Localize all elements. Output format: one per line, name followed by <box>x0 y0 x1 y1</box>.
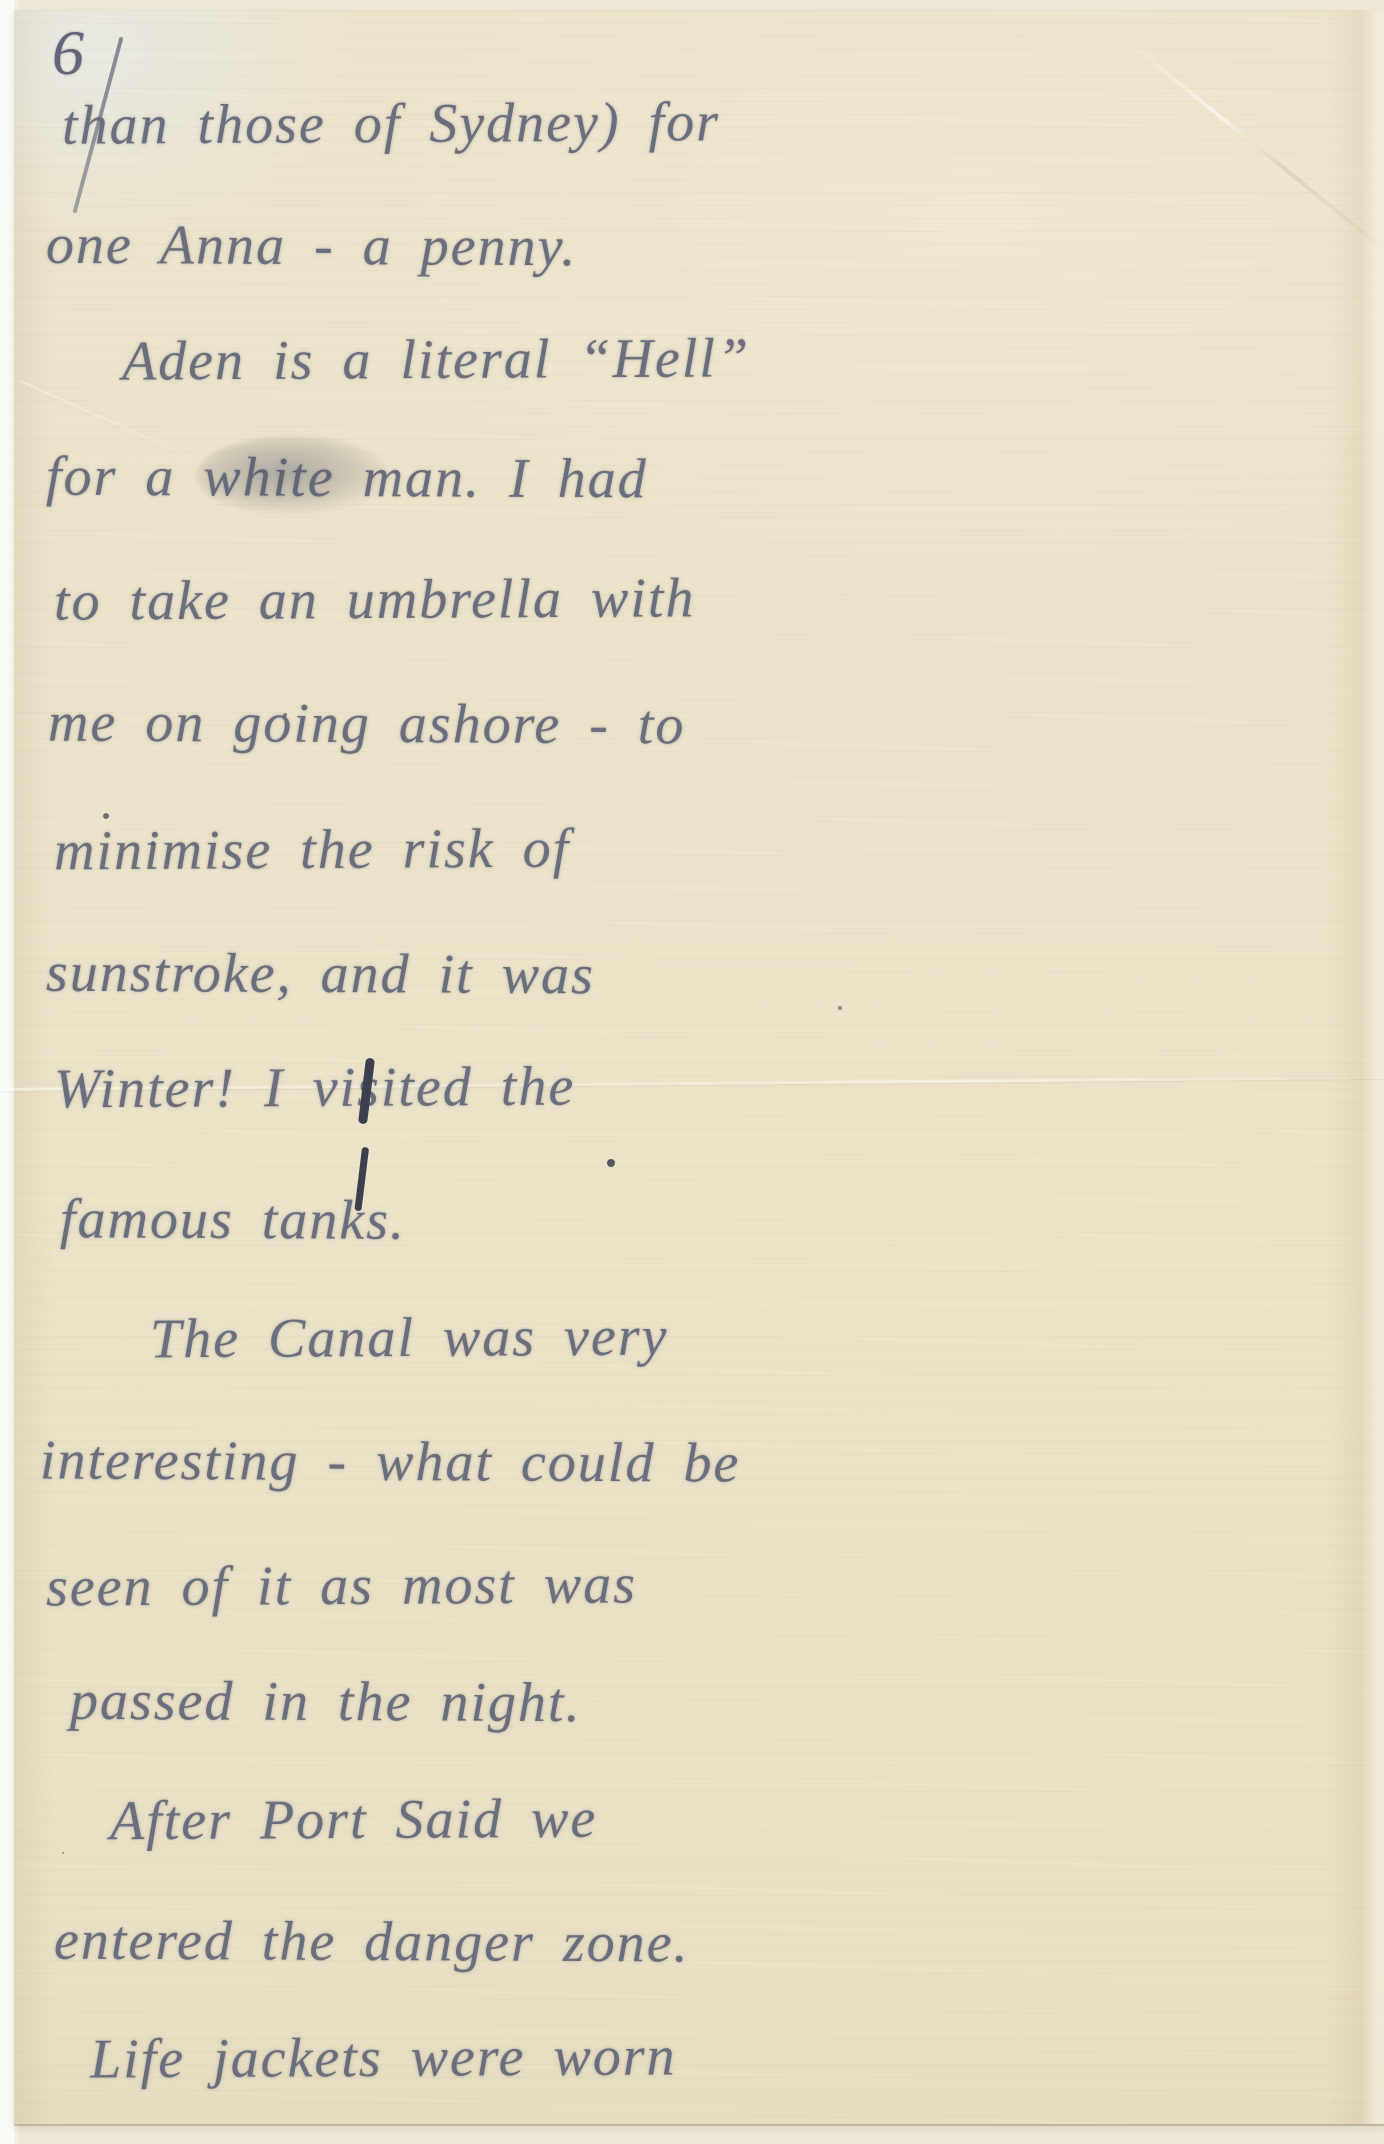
handwritten-line-11: The Canal was very <box>150 1309 669 1368</box>
handwritten-line-14: passed in the night. <box>70 1673 582 1731</box>
handwritten-line-6: me on going ashore - to <box>48 695 686 754</box>
handwritten-line-9: Winter! I visited the <box>54 1059 576 1118</box>
handwritten-line-10: famous tanks. <box>60 1191 406 1249</box>
handwritten-line-17: Life jackets were worn <box>90 2028 677 2087</box>
handwritten-line-7: minimise the risk of <box>54 821 570 880</box>
page-number: 6 <box>52 16 84 90</box>
handwritten-line-8: sunstroke, and it was <box>46 945 595 1003</box>
ink-smudge <box>196 436 392 516</box>
scanned-letter: 6 than those of Sydney) for one Anna - a… <box>0 0 1384 2144</box>
handwritten-line-12: interesting - what could be <box>40 1432 741 1491</box>
handwritten-line-5: to take an umbrella with <box>54 570 696 629</box>
handwritten-line-2: one Anna - a penny. <box>46 217 578 275</box>
handwritten-line-1: than those of Sydney) for <box>62 94 720 153</box>
handwritten-line-16: entered the danger zone. <box>54 1913 690 1972</box>
ink-specks <box>103 813 109 819</box>
handwritten-line-3: Aden is a literal “Hell” <box>122 330 750 389</box>
handwritten-line-15: After Port Said we <box>110 1791 598 1850</box>
handwritten-line-13: seen of it as most was <box>46 1556 637 1615</box>
